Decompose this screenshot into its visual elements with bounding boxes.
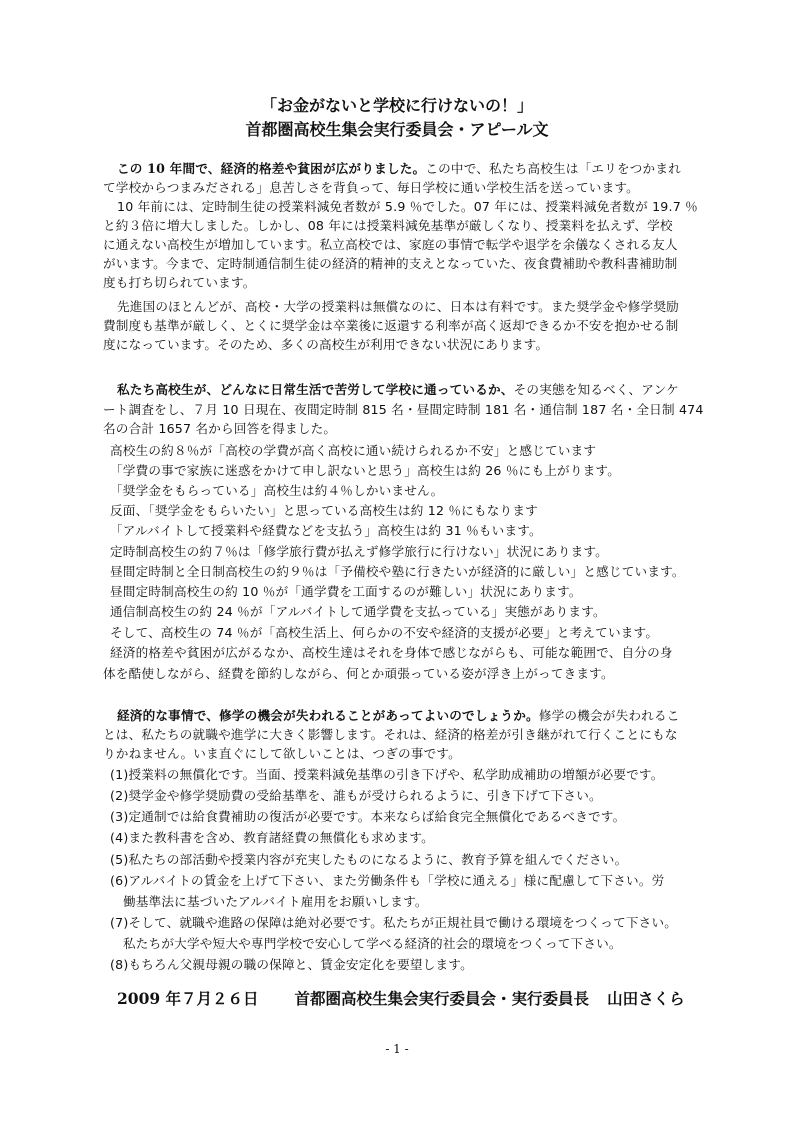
- survey-result: 反面、「奨学金をもらいたい」と思っている高校生は約 12 ％にもなります: [110, 501, 710, 520]
- demand-item: (6)アルバイトの賃金を上げて下さい、また労働条件も「学校に通える」様に配慮して…: [110, 871, 710, 890]
- survey-result: そして、高校生の 74 ％が「高校生活上、何らかの不安や経済的支援が必要」と考え…: [110, 623, 710, 642]
- survey-result: 昼間定時制高校生の約 10 ％が「通学費を工面するのが難しい」状況にあります。: [110, 582, 710, 601]
- demand-item: (7)そして、就職や進路の保障は絶対必要です。私たちが正規社員で働ける環境をつく…: [110, 913, 710, 932]
- document-subtitle: 首都圏高校生集会実行委員会・アピール文: [0, 117, 794, 140]
- paragraph-line: と約３倍に増大しました。しかし、08 年には授業料減免基準が厳しくなり、授業料を…: [103, 216, 703, 235]
- signature-name: 山田さくら: [607, 989, 685, 1008]
- demand-item: (8)もちろん父親母親の職の保障と、賃金安定化を要望します。: [110, 955, 710, 974]
- paragraph-line: 度も打ち切られています。: [103, 273, 703, 292]
- paragraph-line: 先進国のほとんどが、高校・大学の授業料は無償なのに、日本は有料です。また奨学金や…: [117, 297, 717, 316]
- paragraph-line: とは、私たちの就職や進学に大きく影響します。それは、経済的格差が引き継がれて行く…: [103, 725, 703, 744]
- survey-result: 定時制高校生の約７％は「修学旅行費が払えず修学旅行に行けない」状況にあります。: [110, 542, 710, 561]
- paragraph-line: て学校からつまみだされる」息苦しさを背負って、毎日学校に通い学校生活を送っていま…: [103, 178, 703, 197]
- signature-date: 2009 年７月２６日: [117, 989, 259, 1008]
- paragraph-line: がいます。今まで、定時制通信制生徒の経済的精神的支えとなっていた、夜食費補助や教…: [103, 254, 703, 273]
- demand-item: (2)奨学金や修学奨励費の受給基準を、誰もが受けられるように、引き下げて下さい。: [110, 786, 710, 805]
- paragraph-line: 名の合計 1657 名から回答を得ました。: [103, 419, 703, 438]
- survey-result: 「学費の事で家族に迷惑をかけて申し訳ないと思う」高校生は約 26 ％にも上がりま…: [110, 461, 710, 480]
- paragraph-line: 10 年前には、定時制生徒の授業料減免者数が 5.9 ％でした。07 年には、授…: [117, 197, 717, 216]
- signature-line: 2009 年７月２６日首都圏高校生集会実行委員会・実行委員長山田さくら: [117, 987, 685, 1009]
- survey-result: 「奨学金をもらっている」高校生は約４％しかいません。: [110, 481, 710, 500]
- paragraph-line: この 10 年間で、経済的格差や貧困が広がりました。この中で、私たち高校生は「エ…: [117, 159, 717, 178]
- document-page: 「お金がないと学校に行けないの！」 首都圏高校生集会実行委員会・アピール文 この…: [0, 0, 794, 1123]
- signature-organization: 首都圏高校生集会実行委員会・実行委員長: [295, 989, 590, 1008]
- demand-item-continuation: 働基準法に基づいたアルバイト雇用をお願いします。: [123, 892, 723, 911]
- bold-lead: この 10 年間で、経済的格差や貧困が広がりました。: [117, 161, 425, 176]
- paragraph-line: 私たち高校生が、どんなに日常生活で苦労して学校に通っているか、その実態を知るべく…: [117, 380, 717, 399]
- demand-item-continuation: 私たちが大学や短大や専門学校で安心して学べる経済的社会的環境をつくって下さい。: [123, 934, 723, 953]
- paragraph-line: りかねません。いま直ぐにして欲しいことは、つぎの事です。: [103, 744, 703, 763]
- demand-item: (3)定通制では給食費補助の復活が必要です。本来ならば給食完全無償化であるべきで…: [110, 807, 710, 826]
- paragraph-line: に通えない高校生が増加しています。私立高校では、家庭の事情で転学や退学を余儀なく…: [103, 235, 703, 254]
- survey-result: 昼間定時制と全日制高校生の約９％は「予備校や塾に行きたいが経済的に厳しい」と感じ…: [110, 562, 710, 581]
- document-title: 「お金がないと学校に行けないの！」: [0, 93, 794, 116]
- survey-result: 「アルバイトして授業料や経費などを支払う」高校生は約 31 ％もいます。: [110, 521, 710, 540]
- survey-result: 通信制高校生の約 24 ％が「アルバイトして通学費を支払っている」実態があります…: [110, 602, 710, 621]
- survey-result: 高校生の約８％が「高校の学費が高く高校に通い続けられるか不安」と感じています: [110, 441, 710, 460]
- bold-lead: 私たち高校生が、どんなに日常生活で苦労して学校に通っているか、: [117, 382, 514, 397]
- paragraph-line: 費制度も基準が厳しく、とくに奨学金は卒業後に返還する利率が高く返却できるか不安を…: [103, 316, 703, 335]
- paragraph-line: 経済的格差や貧困が広がるなか、高校生達はそれを身体で感じながらも、可能な範囲で、…: [110, 643, 710, 662]
- paragraph-line: 体を酷使しながら、経費を節約しながら、何とか頑張っている姿が浮き上がってきます。: [103, 664, 703, 683]
- demand-item: (4)また教科書を含め、教育諸経費の無償化も求めます。: [110, 828, 710, 847]
- demand-item: (5)私たちの部活動や授業内容が充実したものになるように、教育予算を組んでくださ…: [110, 850, 710, 869]
- paragraph-line: 経済的な事情で、修学の機会が失われることがあってよいのでしょうか。修学の機会が失…: [117, 706, 717, 725]
- demand-item: (1)授業料の無償化です。当面、授業料減免基準の引き下げや、私学助成補助の増額が…: [110, 765, 710, 784]
- paragraph-line: 度になっています。そのため、多くの高校生が利用できない状況にあります。: [103, 335, 703, 354]
- bold-lead: 経済的な事情で、修学の機会が失われることがあってよいのでしょうか。: [117, 708, 539, 723]
- paragraph-line: ート調査をし、７月 10 日現在、夜間定時制 815 名・昼間定時制 181 名…: [103, 400, 703, 419]
- page-number: - 1 -: [0, 1042, 794, 1056]
